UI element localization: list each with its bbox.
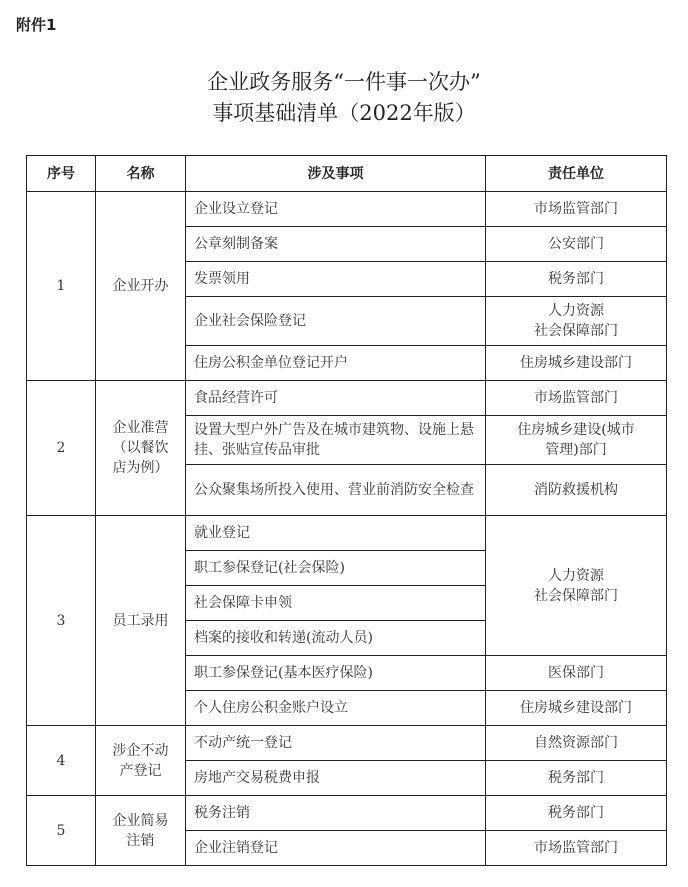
matter-cell: 房地产交易税费申报: [186, 761, 486, 796]
matter-cell: 企业设立登记: [186, 192, 486, 227]
matter-cell: 个人住房公积金账户设立: [186, 691, 486, 726]
name-line: （以餐饮: [104, 438, 177, 458]
group-name: 企业准营 （以餐饮 店为例）: [96, 381, 186, 516]
unit-line: 住房城乡建设(城市: [494, 420, 658, 440]
matter-cell: 设置大型户外广告及在城市建筑物、设施上悬挂、张贴宣传品审批: [186, 416, 486, 465]
group-name: 员工录用: [96, 516, 186, 726]
header-matters: 涉及事项: [186, 156, 486, 192]
page-title-line1: 企业政务服务“一件事一次办”: [0, 67, 688, 97]
unit-cell: 住房城乡建设部门: [486, 346, 667, 381]
table-row: 3 员工录用 就业登记 人力资源 社会保障部门: [27, 516, 667, 551]
matter-cell: 食品经营许可: [186, 381, 486, 416]
unit-line: 人力资源: [494, 566, 658, 586]
matter-cell: 公众聚集场所投入使用、营业前消防安全检查: [186, 465, 486, 516]
matter-cell: 税务注销: [186, 796, 486, 831]
table-row: 1 企业开办 企业设立登记 市场监管部门: [27, 192, 667, 227]
matter-cell: 企业社会保险登记: [186, 297, 486, 346]
unit-cell: 税务部门: [486, 761, 667, 796]
header-no: 序号: [27, 156, 96, 192]
name-line: 企业准营: [104, 418, 177, 438]
unit-cell: 人力资源 社会保障部门: [486, 297, 667, 346]
table-header-row: 序号 名称 涉及事项 责任单位: [27, 156, 667, 192]
unit-cell: 住房城乡建设(城市 管理)部门: [486, 416, 667, 465]
unit-cell: 消防救援机构: [486, 465, 667, 516]
matter-cell: 职工参保登记(社会保险): [186, 551, 486, 586]
header-name: 名称: [96, 156, 186, 192]
matter-cell: 档案的接收和转递(流动人员): [186, 621, 486, 656]
group-name: 企业简易 注销: [96, 796, 186, 866]
matter-cell: 社会保障卡申领: [186, 586, 486, 621]
group-name: 企业开办: [96, 192, 186, 381]
group-name: 涉企不动 产登记: [96, 726, 186, 796]
matter-cell: 企业注销登记: [186, 831, 486, 866]
unit-line: 人力资源: [494, 301, 658, 321]
unit-line: 社会保障部门: [494, 321, 658, 341]
table-row: 2 企业准营 （以餐饮 店为例） 食品经营许可 市场监管部门: [27, 381, 667, 416]
unit-line: 社会保障部门: [494, 586, 658, 606]
matter-cell: 就业登记: [186, 516, 486, 551]
group-no: 5: [27, 796, 96, 866]
group-no: 2: [27, 381, 96, 516]
unit-cell: 税务部门: [486, 262, 667, 297]
matter-cell: 职工参保登记(基本医疗保险): [186, 656, 486, 691]
group-no: 3: [27, 516, 96, 726]
matter-cell: 住房公积金单位登记开户: [186, 346, 486, 381]
table-row: 4 涉企不动 产登记 不动产统一登记 自然资源部门: [27, 726, 667, 761]
name-line: 产登记: [104, 761, 177, 781]
unit-cell: 市场监管部门: [486, 381, 667, 416]
unit-cell: 市场监管部门: [486, 192, 667, 227]
unit-line: 管理)部门: [494, 440, 658, 460]
name-line: 店为例）: [104, 458, 177, 478]
matter-cell: 公章刻制备案: [186, 227, 486, 262]
page-title-line2: 事项基础清单（2022年版）: [0, 98, 688, 128]
unit-cell: 住房城乡建设部门: [486, 691, 667, 726]
header-unit: 责任单位: [486, 156, 667, 192]
name-line: 注销: [104, 831, 177, 851]
matter-cell: 不动产统一登记: [186, 726, 486, 761]
unit-cell: 自然资源部门: [486, 726, 667, 761]
unit-cell: 医保部门: [486, 656, 667, 691]
unit-cell: 税务部门: [486, 796, 667, 831]
group-no: 1: [27, 192, 96, 381]
matter-cell: 发票领用: [186, 262, 486, 297]
name-line: 企业简易: [104, 811, 177, 831]
unit-cell: 市场监管部门: [486, 831, 667, 866]
name-line: 涉企不动: [104, 741, 177, 761]
matters-table: 序号 名称 涉及事项 责任单位 1 企业开办 企业设立登记 市场监管部门 公章刻…: [26, 155, 667, 866]
unit-cell: 公安部门: [486, 227, 667, 262]
table-row: 5 企业简易 注销 税务注销 税务部门: [27, 796, 667, 831]
unit-cell: 人力资源 社会保障部门: [486, 516, 667, 656]
attachment-label: 附件1: [16, 14, 56, 35]
group-no: 4: [27, 726, 96, 796]
